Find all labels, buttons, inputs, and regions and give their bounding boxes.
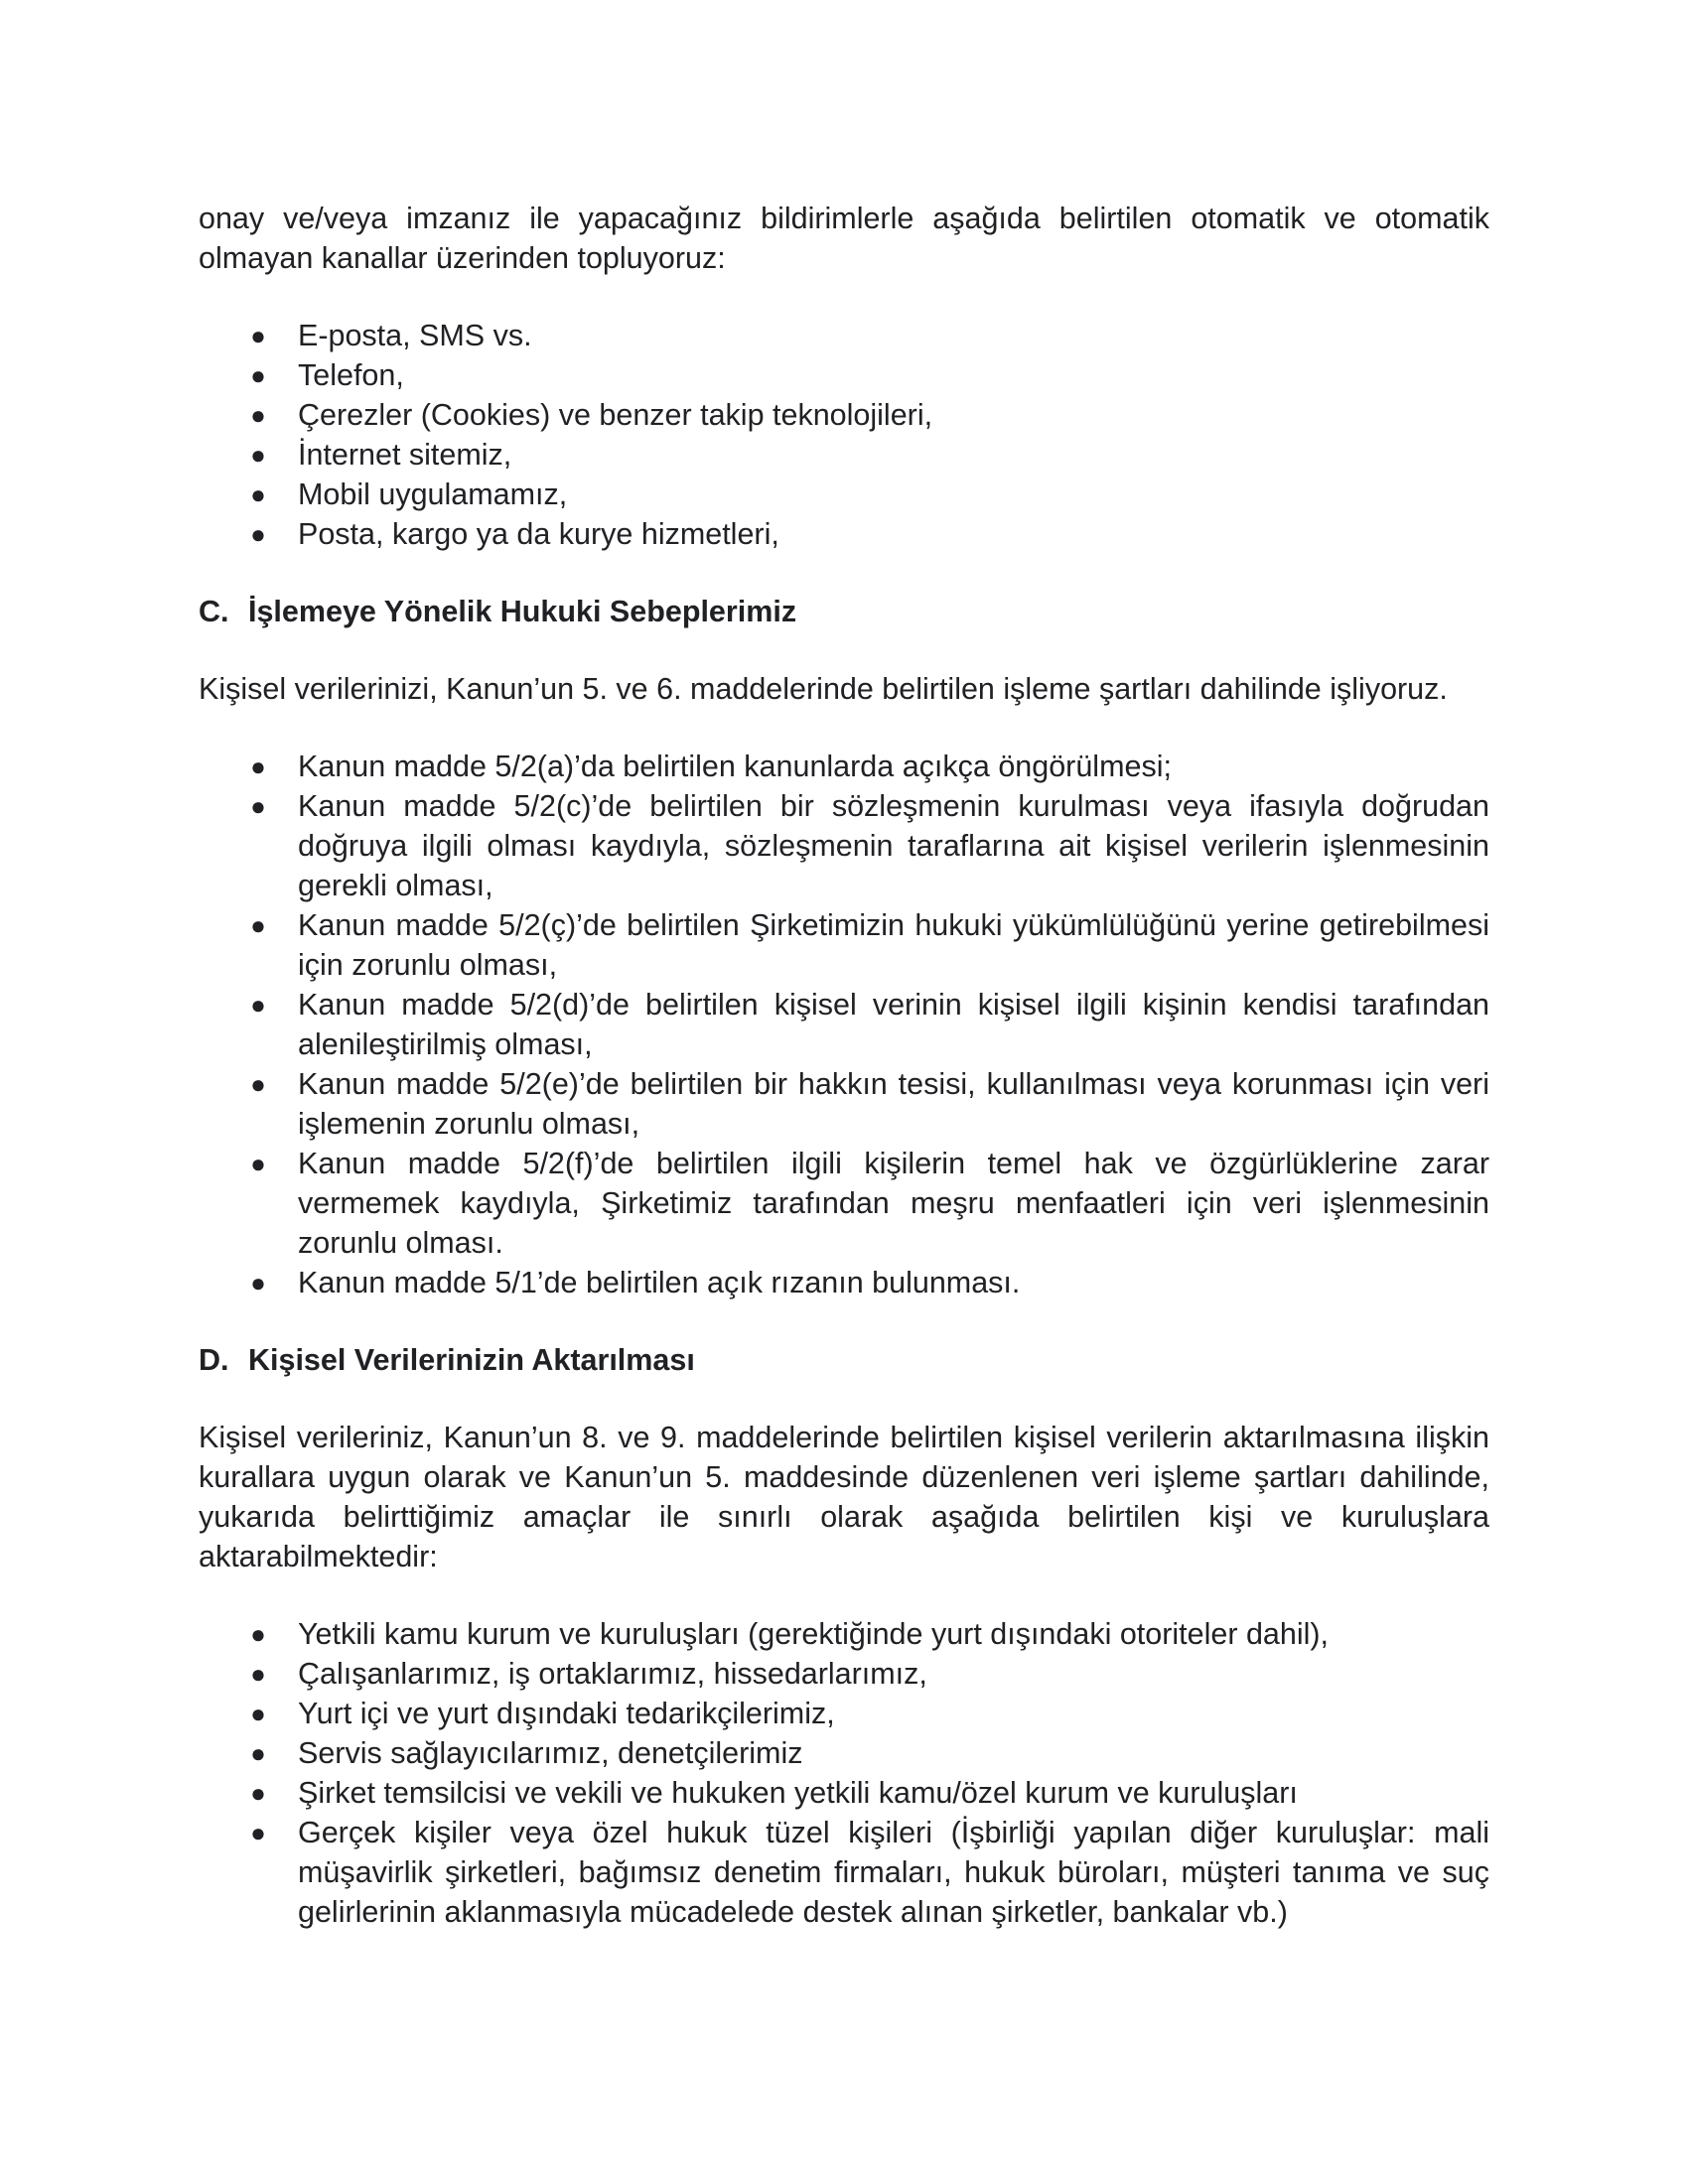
intro-paragraph: onay ve/veya imzanız ile yapacağınız bil…: [199, 199, 1489, 278]
section-d-title: Kişisel Verilerinizin Aktarılması: [248, 1343, 695, 1377]
list-item: ●Çerezler (Cookies) ve benzer takip tekn…: [199, 395, 1489, 435]
bullet-icon: ●: [248, 1263, 268, 1302]
section-d-paragraph: Kişisel verileriniz, Kanun’un 8. ve 9. m…: [199, 1418, 1489, 1576]
list-item: ●Kanun madde 5/1’de belirtilen açık rıza…: [199, 1263, 1489, 1302]
bullet-icon: ●: [248, 1733, 268, 1773]
list-item: ●Kanun madde 5/2(d)’de belirtilen kişise…: [199, 985, 1489, 1064]
document-page: onay ve/veya imzanız ile yapacağınız bil…: [199, 199, 1489, 1932]
bullet-icon: ●: [248, 395, 268, 435]
list-item: ●Yetkili kamu kurum ve kuruluşları (gere…: [199, 1614, 1489, 1654]
list-item: ●Kanun madde 5/2(a)’da belirtilen kanunl…: [199, 747, 1489, 786]
section-d-list: ●Yetkili kamu kurum ve kuruluşları (gere…: [199, 1614, 1489, 1932]
bullet-icon: ●: [248, 1694, 268, 1733]
bullet-icon: ●: [248, 475, 268, 514]
list-item: ●Servis sağlayıcılarımız, denetçilerimiz: [199, 1733, 1489, 1773]
list-item: ●Kanun madde 5/2(c)’de belirtilen bir sö…: [199, 786, 1489, 905]
bullet-icon: ●: [248, 985, 268, 1024]
section-d-heading: D.Kişisel Verilerinizin Aktarılması: [199, 1340, 1489, 1380]
list-item: ●Kanun madde 5/2(e)’de belirtilen bir ha…: [199, 1064, 1489, 1144]
list-item: ●Yurt içi ve yurt dışındaki tedarikçiler…: [199, 1694, 1489, 1733]
channels-list: ●E-posta, SMS vs. ●Telefon, ●Çerezler (C…: [199, 316, 1489, 554]
section-c-paragraph: Kişisel verilerinizi, Kanun’un 5. ve 6. …: [199, 669, 1489, 709]
bullet-icon: ●: [248, 747, 268, 786]
bullet-icon: ●: [248, 1064, 268, 1104]
bullet-icon: ●: [248, 786, 268, 826]
section-d-letter: D.: [199, 1340, 248, 1380]
list-item: ●Posta, kargo ya da kurye hizmetleri,: [199, 514, 1489, 554]
list-item: ●Mobil uygulamamız,: [199, 475, 1489, 514]
list-item: ●Kanun madde 5/2(ç)’de belirtilen Şirket…: [199, 905, 1489, 985]
bullet-icon: ●: [248, 1144, 268, 1183]
bullet-icon: ●: [248, 435, 268, 475]
bullet-icon: ●: [248, 514, 268, 554]
bullet-icon: ●: [248, 1813, 268, 1852]
bullet-icon: ●: [248, 1614, 268, 1654]
list-item: ●İnternet sitemiz,: [199, 435, 1489, 475]
list-item: ●Şirket temsilcisi ve vekili ve hukuken …: [199, 1773, 1489, 1813]
list-item: ●Çalışanlarımız, iş ortaklarımız, hissed…: [199, 1654, 1489, 1694]
section-c-list: ●Kanun madde 5/2(a)’da belirtilen kanunl…: [199, 747, 1489, 1302]
section-c-heading: C.İşlemeye Yönelik Hukuki Sebeplerimiz: [199, 592, 1489, 631]
list-item: ●Telefon,: [199, 355, 1489, 395]
section-c-letter: C.: [199, 592, 248, 631]
section-c-title: İşlemeye Yönelik Hukuki Sebeplerimiz: [248, 595, 796, 628]
bullet-icon: ●: [248, 355, 268, 395]
list-item: ●Gerçek kişiler veya özel hukuk tüzel ki…: [199, 1813, 1489, 1932]
bullet-icon: ●: [248, 316, 268, 355]
bullet-icon: ●: [248, 1773, 268, 1813]
list-item: ●E-posta, SMS vs.: [199, 316, 1489, 355]
bullet-icon: ●: [248, 905, 268, 945]
list-item: ●Kanun madde 5/2(f)’de belirtilen ilgili…: [199, 1144, 1489, 1263]
bullet-icon: ●: [248, 1654, 268, 1694]
